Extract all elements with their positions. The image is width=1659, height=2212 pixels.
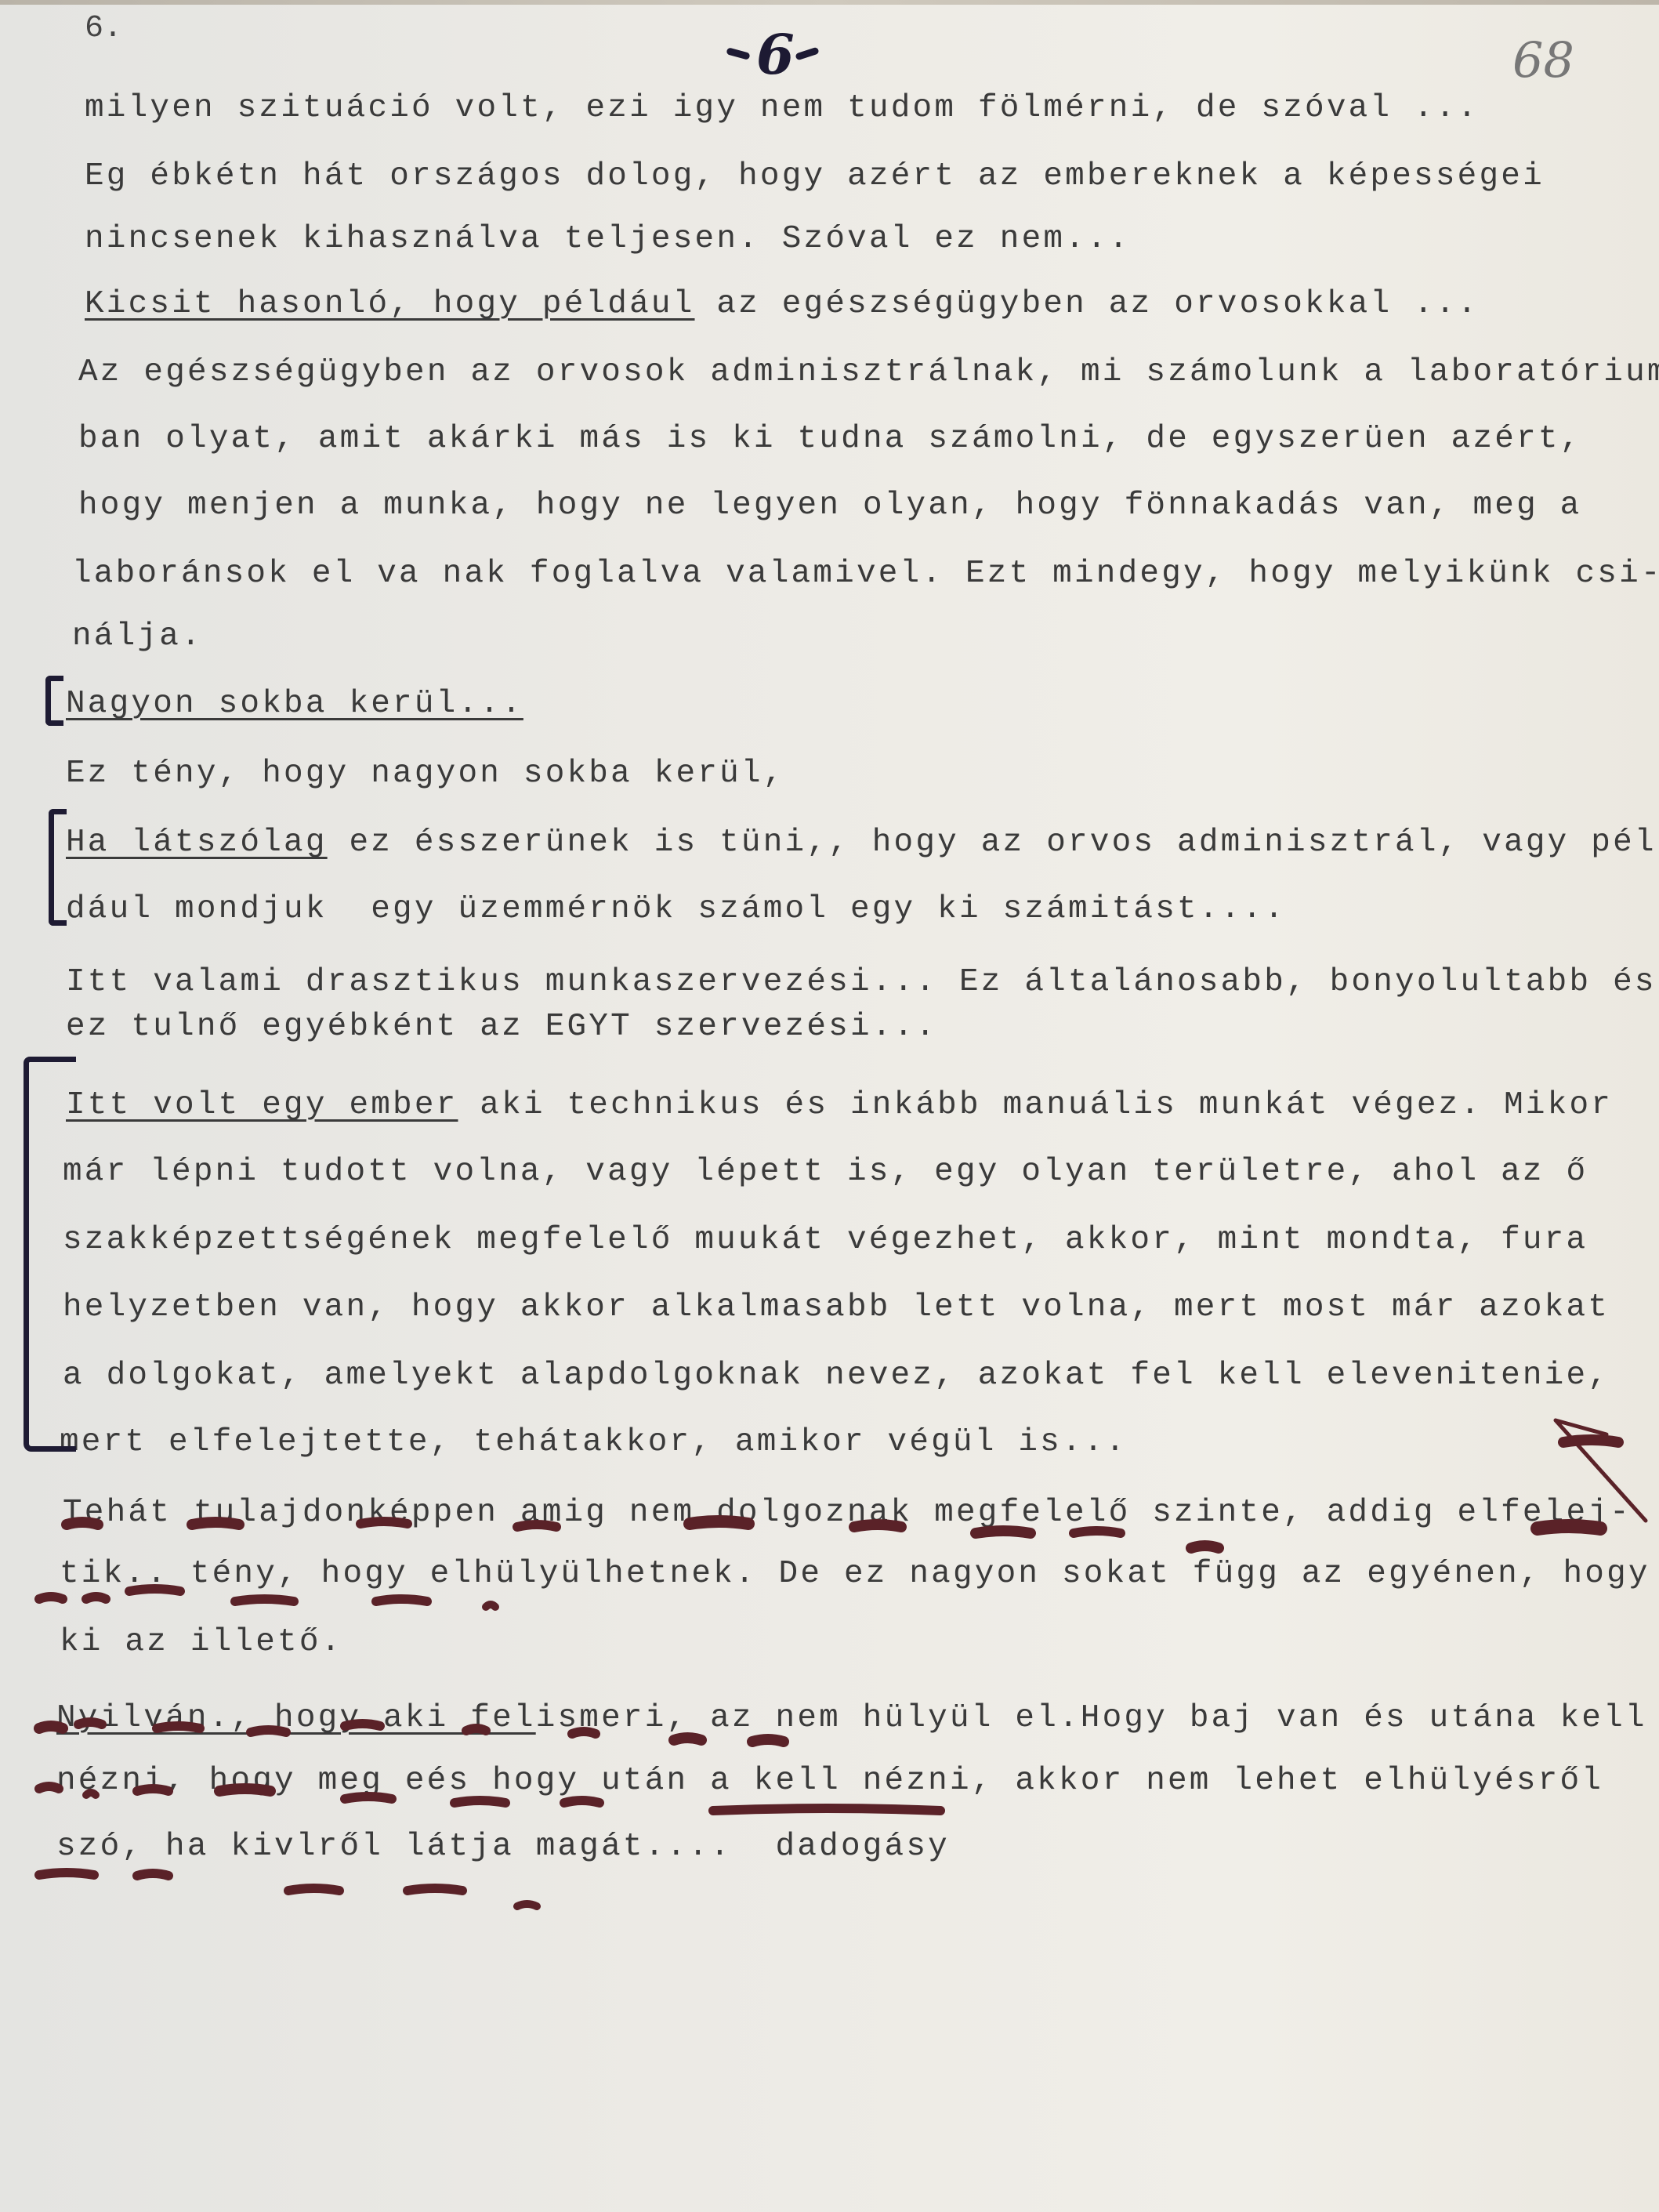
marker-dash (517, 1904, 537, 1906)
marker-dash (752, 1739, 784, 1742)
marker-dash (288, 1888, 339, 1891)
marker-dash (78, 1722, 102, 1724)
marker-dash (219, 1789, 270, 1791)
marker-annotations (0, 0, 1659, 2212)
marker-dash (486, 1605, 495, 1607)
marker-dash (86, 1597, 106, 1599)
marker-dash (854, 1525, 901, 1527)
marker-dash (157, 1726, 200, 1728)
marker-dash (408, 1888, 462, 1891)
marker-dash (1074, 1531, 1121, 1533)
marker-dash (192, 1522, 239, 1525)
marker-dash (129, 1589, 180, 1591)
marker-dash (235, 1599, 294, 1601)
marker-dash (674, 1738, 701, 1740)
marker-dash (517, 1525, 556, 1527)
marker-dash (1191, 1546, 1219, 1548)
marker-dash (360, 1521, 408, 1524)
marker-dash (455, 1800, 505, 1803)
marker-dash (564, 1800, 599, 1803)
marker-dash (39, 1597, 63, 1599)
marker-dash (690, 1521, 748, 1524)
marker-dash (137, 1789, 168, 1791)
marker-dash (39, 1786, 59, 1789)
marker-dash (713, 1808, 940, 1811)
marker-dash (345, 1797, 392, 1799)
marker-dash (376, 1599, 427, 1601)
marker-dash (251, 1730, 286, 1732)
marker-dash (39, 1726, 63, 1728)
typewritten-page: 6. 6 68 milyen szituáció volt, ezi igy n… (0, 0, 1659, 2212)
marker-dash (466, 1728, 486, 1731)
marker-dash (976, 1531, 1031, 1533)
marker-dash (86, 1793, 96, 1795)
marker-dash (39, 1873, 94, 1875)
marker-dash (572, 1732, 596, 1734)
marker-dash (1538, 1526, 1600, 1528)
marker-dash (137, 1873, 168, 1876)
marker-dash (345, 1724, 380, 1726)
marker-dash (67, 1522, 98, 1525)
